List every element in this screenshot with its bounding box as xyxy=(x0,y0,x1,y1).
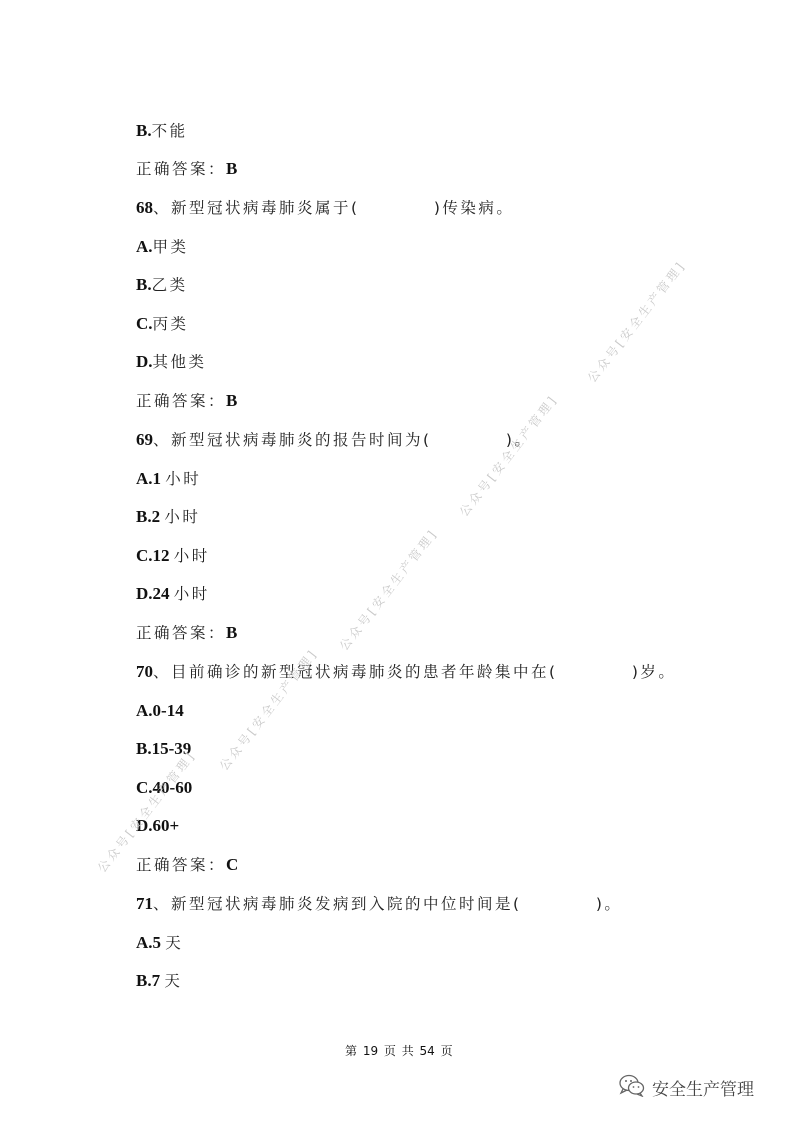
line-prefix: A.1 xyxy=(136,469,165,488)
text-line: A.5 天 xyxy=(136,933,183,953)
line-prefix: C. xyxy=(136,314,153,333)
answer-letter: B xyxy=(226,159,237,178)
text-line: B.2 小时 xyxy=(136,507,200,527)
line-text: 、新型冠状病毒肺炎发病到入院的中位时间是( )。 xyxy=(153,895,622,913)
text-line: 正确答案：B xyxy=(136,391,237,411)
text-line: B.不能 xyxy=(136,121,188,141)
line-text: 正确答案： xyxy=(136,160,226,178)
line-prefix: A.5 xyxy=(136,933,165,952)
text-line: D.24 小时 xyxy=(136,584,210,604)
line-text: 丙类 xyxy=(153,315,189,333)
line-prefix: 68 xyxy=(136,198,153,217)
line-prefix: A.0-14 xyxy=(136,701,184,720)
line-prefix: A. xyxy=(136,237,153,256)
brand-badge: 安全生产管理 xyxy=(618,1073,754,1102)
line-prefix: 69 xyxy=(136,430,153,449)
line-text: 正确答案： xyxy=(136,392,226,410)
line-text: 乙类 xyxy=(152,276,188,294)
line-text: 小时 xyxy=(174,547,210,565)
text-line: C.12 小时 xyxy=(136,546,210,566)
line-prefix: 71 xyxy=(136,894,153,913)
line-text: 、新型冠状病毒肺炎的报告时间为( )。 xyxy=(153,431,532,449)
line-text: 不能 xyxy=(152,122,188,140)
answer-letter: B xyxy=(226,623,237,642)
line-text: 其他类 xyxy=(153,353,207,371)
line-prefix: 70 xyxy=(136,662,153,681)
text-line: 正确答案：B xyxy=(136,159,237,179)
text-line: A.甲类 xyxy=(136,237,189,257)
watermark: 公众号[安全生产管理] xyxy=(335,525,441,654)
text-line: C.丙类 xyxy=(136,314,189,334)
line-text: 、目前确诊的新型冠状病毒肺炎的患者年龄集中在( )岁。 xyxy=(153,663,676,681)
watermark: 公众号[安全生产管理] xyxy=(583,257,689,386)
line-text: 甲类 xyxy=(153,238,189,256)
line-text: 小时 xyxy=(165,470,201,488)
page-number: 第 19 页 共 54 页 xyxy=(345,1042,453,1059)
text-line: 正确答案：C xyxy=(136,855,238,875)
line-text: 正确答案： xyxy=(136,624,226,642)
text-line: A.1 小时 xyxy=(136,469,201,489)
watermark: 公众号[安全生产管理] xyxy=(455,391,561,520)
text-line: B.乙类 xyxy=(136,275,188,295)
text-line: A.0-14 xyxy=(136,701,184,721)
line-text: 小时 xyxy=(174,585,210,603)
line-prefix: D.24 xyxy=(136,584,174,603)
line-text: 天 xyxy=(165,934,183,952)
text-line: 68、新型冠状病毒肺炎属于( )传染病。 xyxy=(136,198,514,218)
text-line: 69、新型冠状病毒肺炎的报告时间为( )。 xyxy=(136,430,532,450)
answer-letter: B xyxy=(226,391,237,410)
text-line: B.7 天 xyxy=(136,971,182,991)
wechat-icon xyxy=(618,1073,646,1102)
line-text: 正确答案： xyxy=(136,856,226,874)
line-prefix: C.12 xyxy=(136,546,174,565)
line-prefix: B. xyxy=(136,275,152,294)
line-prefix: D. xyxy=(136,352,153,371)
brand-label: 安全生产管理 xyxy=(652,1075,754,1100)
answer-letter: C xyxy=(226,855,238,874)
line-text: 小时 xyxy=(164,508,200,526)
text-line: D.其他类 xyxy=(136,352,207,372)
line-prefix: B.7 xyxy=(136,971,164,990)
text-line: 正确答案：B xyxy=(136,623,237,643)
line-prefix: B.2 xyxy=(136,507,164,526)
line-prefix: B. xyxy=(136,121,152,140)
line-text: 、新型冠状病毒肺炎属于( )传染病。 xyxy=(153,199,514,217)
text-line: 70、目前确诊的新型冠状病毒肺炎的患者年龄集中在( )岁。 xyxy=(136,662,676,682)
text-line: 71、新型冠状病毒肺炎发病到入院的中位时间是( )。 xyxy=(136,894,622,914)
line-text: 天 xyxy=(164,972,182,990)
